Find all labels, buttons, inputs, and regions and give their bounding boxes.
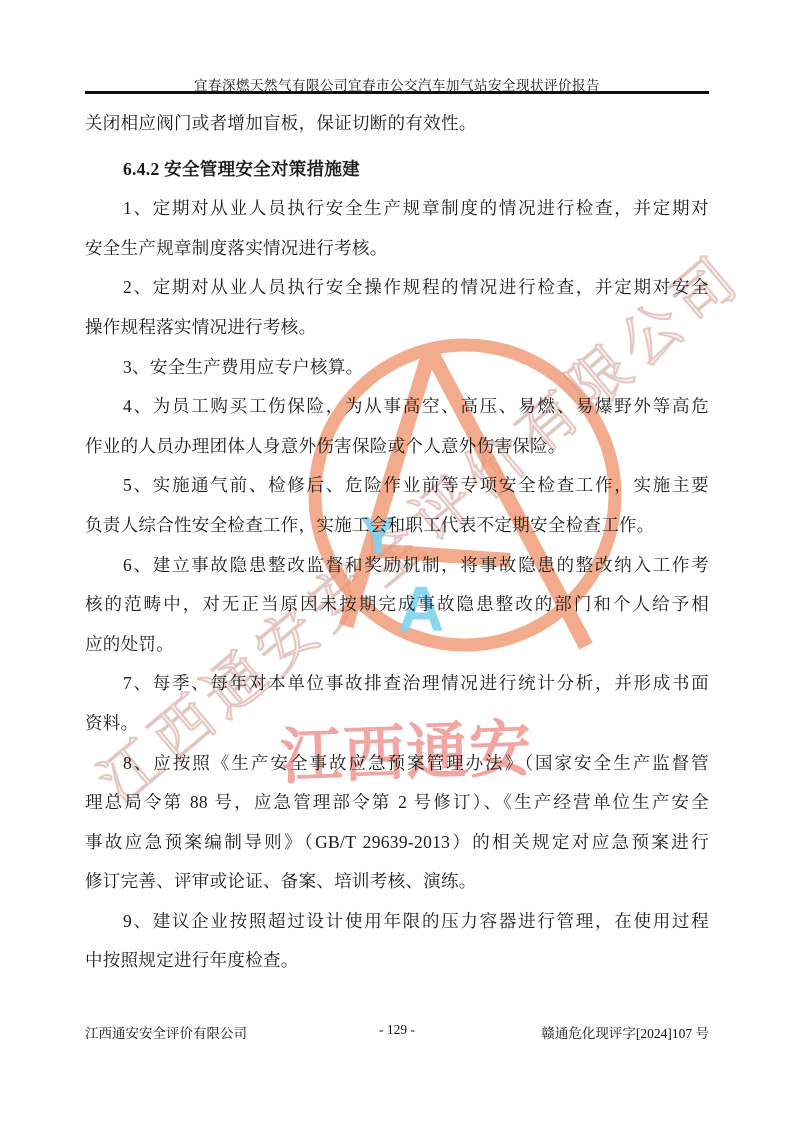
paragraph: 7、每季、每年对本单位事故排查治理情况进行统计分析，并形成书面资料。 — [85, 664, 709, 743]
text-line: 资料。 — [85, 704, 709, 744]
text-line: 5、实施通气前、检修后、危险作业前等专项安全检查工作，实施主要 — [85, 466, 709, 506]
section-heading: 6.4.2 安全管理安全对策措施建 — [85, 150, 709, 190]
text-line: 理总局令第 88 号，应急管理部令第 2 号修订）、《生产经营单位生产安全 — [85, 783, 709, 823]
paragraph: 6、建立事故隐患整改监督和奖励机制，将事故隐患的整改纳入工作考核的范畴中，对无正… — [85, 546, 709, 665]
text-line: 关闭相应阀门或者增加盲板，保证切断的有效性。 — [85, 104, 709, 144]
text-line: 作业的人员办理团体人身意外伤害保险或个人意外伤害保险。 — [85, 427, 709, 467]
document-page: 江西通安安全评价有限公司 Y A 江西通安 宜春深燃天然气有限公司宜春市公交汽车… — [0, 0, 793, 1122]
footer-page-number: - 129 - — [85, 1022, 709, 1038]
text-line: 2、定期对从业人员执行安全操作规程的情况进行检查，并定期对安全 — [85, 268, 709, 308]
text-line: 1、定期对从业人员执行安全生产规章制度的情况进行检查，并定期对 — [85, 189, 709, 229]
text-line: 7、每季、每年对本单位事故排查治理情况进行统计分析，并形成书面 — [85, 664, 709, 704]
text-line: 应的处罚。 — [85, 625, 709, 665]
text-line: 事故应急预案编制导则》（GB/T 29639-2013）的相关规定对应急预案进行 — [85, 823, 709, 863]
paragraph: 1、定期对从业人员执行安全生产规章制度的情况进行检查，并定期对安全生产规章制度落… — [85, 189, 709, 268]
paragraph: 8、应按照《生产安全事故应急预案管理办法》（国家安全生产监督管理总局令第 88 … — [85, 744, 709, 902]
text-line: 中按照规定进行年度检查。 — [85, 941, 709, 981]
text-line: 9、建议企业按照超过设计使用年限的压力容器进行管理，在使用过程 — [85, 902, 709, 942]
text-line: 核的范畴中，对无正当原因未按期完成事故隐患整改的部门和个人给予相 — [85, 585, 709, 625]
paragraph: 3、安全生产费用应专户核算。 — [85, 348, 709, 388]
paragraph: 关闭相应阀门或者增加盲板，保证切断的有效性。 — [85, 104, 709, 144]
text-line: 3、安全生产费用应专户核算。 — [85, 348, 709, 388]
paragraph: 4、为员工购买工伤保险，为从事高空、高压、易燃、易爆野外等高危作业的人员办理团体… — [85, 387, 709, 466]
page-footer: 江西通安安全评价有限公司 - 129 - 赣通危化现评字[2024]107 号 — [85, 1022, 709, 1042]
paragraph: 2、定期对从业人员执行安全操作规程的情况进行检查，并定期对安全操作规程落实情况进… — [85, 268, 709, 347]
paragraph: 9、建议企业按照超过设计使用年限的压力容器进行管理，在使用过程中按照规定进行年度… — [85, 902, 709, 981]
text-line: 操作规程落实情况进行考核。 — [85, 308, 709, 348]
document-body: 关闭相应阀门或者增加盲板，保证切断的有效性。6.4.2 安全管理安全对策措施建1… — [85, 96, 709, 981]
text-line: 6、建立事故隐患整改监督和奖励机制，将事故隐患的整改纳入工作考 — [85, 546, 709, 586]
text-line: 安全生产规章制度落实情况进行考核。 — [85, 229, 709, 269]
text-line: 负责人综合性安全检查工作，实施工会和职工代表不定期安全检查工作。 — [85, 506, 709, 546]
text-line: 4、为员工购买工伤保险，为从事高空、高压、易燃、易爆野外等高危 — [85, 387, 709, 427]
text-line: 修订完善、评审或论证、备案、培训考核、演练。 — [85, 862, 709, 902]
header-divider — [85, 91, 709, 94]
paragraph: 5、实施通气前、检修后、危险作业前等专项安全检查工作，实施主要负责人综合性安全检… — [85, 466, 709, 545]
text-line: 8、应按照《生产安全事故应急预案管理办法》（国家安全生产监督管 — [85, 744, 709, 784]
text-line: 6.4.2 安全管理安全对策措施建 — [85, 150, 709, 190]
